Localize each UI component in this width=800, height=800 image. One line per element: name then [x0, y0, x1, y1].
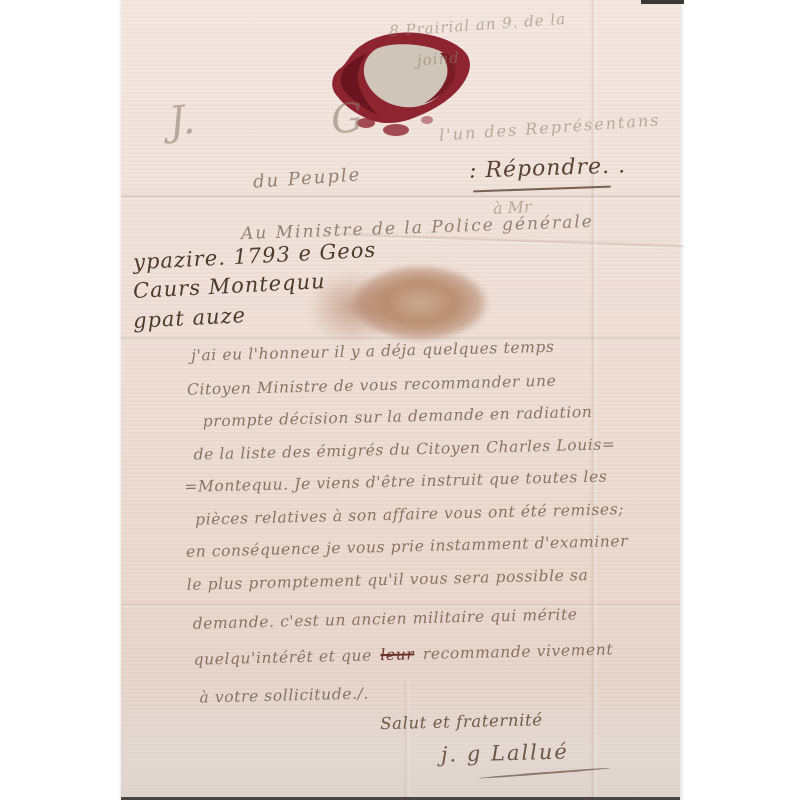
body-line-post: recommande vivement	[423, 640, 614, 663]
paper-top-edge-shadow	[641, 0, 684, 4]
repondre-note: : Répondre. .	[469, 153, 627, 183]
body-line-pre: quelqu'intérêt et que	[193, 646, 372, 668]
body-line: prompte décision sur la demande en radia…	[203, 403, 593, 431]
letter-body: j'ai eu l'honneur il y a déja quelques t…	[176, 329, 676, 771]
body-line: le plus promptement qu'il vous sera poss…	[187, 566, 589, 594]
body-line: à votre sollicitude./.	[199, 684, 369, 706]
body-line: Citoyen Ministre de vous recommander une	[187, 372, 557, 399]
closing-salutation: Salut et fraternité	[380, 710, 543, 733]
body-line: j'ai eu l'honneur il y a déja quelques t…	[191, 338, 555, 365]
letter-photo: 8 Prairial an 9. de la joind J. G l'un d…	[0, 0, 800, 800]
address-initial-g: G	[329, 94, 366, 143]
body-line: en conséquence je vous prie instamment d…	[186, 532, 629, 561]
wax-speck	[421, 116, 433, 124]
address-line-2: du Peuple	[252, 164, 362, 193]
letter-paper: 8 Prairial an 9. de la joind J. G l'un d…	[121, 0, 680, 800]
body-line-with-strikeout: quelqu'intérêt et que leur recommande vi…	[193, 640, 613, 668]
body-line: pièces relatives à son affaire vous ont …	[195, 500, 624, 528]
address-initial-j: J.	[167, 97, 197, 145]
margin-note-3: gpat auze	[132, 303, 246, 333]
struck-word: leur	[380, 645, 414, 664]
body-line: demande. c'est un ancien militaire qui m…	[193, 605, 578, 632]
dateline-continuation: joind	[416, 49, 460, 70]
margin-note-2: Caurs Montequu	[133, 269, 327, 303]
body-line: de la liste des émigrés du Citoyen Charl…	[193, 435, 615, 463]
wax-speck	[383, 124, 409, 136]
body-line: =Montequu. Je viens d'être instruit que …	[184, 468, 607, 496]
signature: j. g Lallué	[441, 740, 569, 767]
